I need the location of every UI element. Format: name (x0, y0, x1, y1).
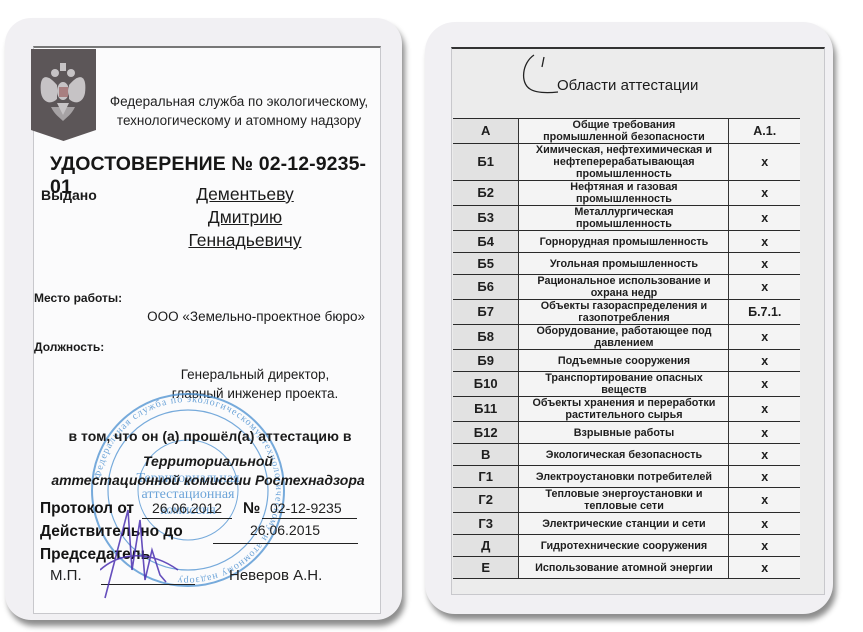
protocol-label: Протокол от (40, 500, 134, 518)
chairman-name: Неверов А.Н. (229, 567, 322, 584)
area-row: Б7Объекты газораспределения игазопотребл… (453, 300, 800, 325)
area-mark: x (729, 488, 800, 513)
area-mark: x (729, 557, 800, 579)
area-description-line: Объекты хранения и переработки (519, 397, 728, 409)
protocol-number: 02-12-9235 (270, 500, 342, 516)
area-code: Е (453, 557, 519, 579)
area-row: Б11Объекты хранения и переработкирастите… (453, 397, 800, 422)
area-description-line: Электрические станции и сети (519, 518, 728, 530)
agency-line-1: Федеральная служба по экологическому, (104, 92, 374, 111)
area-code: Б8 (453, 325, 519, 350)
area-description: Экологическая безопасность (519, 444, 729, 466)
area-code: Б4 (453, 231, 519, 253)
area-description-line: Рациональное использование и (519, 275, 728, 287)
area-description-line: Электроустановки потребителей (519, 471, 728, 483)
area-description: Электроустановки потребителей (519, 466, 729, 488)
valid-until-label: Действительно до (40, 523, 183, 541)
area-row: Б10Транспортирование опасныхвеществx (453, 372, 800, 397)
area-description-line: Нефтяная и газовая (519, 181, 728, 193)
area-mark: x (729, 422, 800, 444)
area-description-line: Тепловые энергоустановки и (519, 488, 728, 500)
area-row: Б12Взрывные работыx (453, 422, 800, 444)
valid-until-underline (213, 543, 358, 544)
area-description: Использование атомной энергии (519, 557, 729, 579)
area-description-line: охрана недр (519, 287, 728, 299)
area-description-line: Оборудование, работающее под (519, 325, 728, 337)
area-description: Нефтяная и газоваяпромышленность (519, 181, 729, 206)
area-description: Подъемные сооружения (519, 350, 729, 372)
chairman-label: Председатель (40, 546, 150, 564)
commission-line-1: Территориальной (38, 452, 378, 471)
area-code: Г3 (453, 513, 519, 535)
area-description-line: Транспортирование опасных (519, 372, 728, 384)
area-code: Г1 (453, 466, 519, 488)
area-row: Б9Подъемные сооруженияx (453, 350, 800, 372)
area-row: Б6Рациональное использование иохрана нед… (453, 275, 800, 300)
area-description: Электрические станции и сети (519, 513, 729, 535)
area-row: Г3Электрические станции и сетиx (453, 513, 800, 535)
attestation-areas-title: Области аттестации (557, 77, 698, 94)
area-description-line: Горнорудная промышленность (519, 236, 728, 248)
area-mark: x (729, 466, 800, 488)
protocol-date-underline (142, 518, 232, 519)
area-description: Тепловые энергоустановки итепловые сети (519, 488, 729, 513)
area-description-line: Подъемные сооружения (519, 355, 728, 367)
area-description-line: Общие требования (519, 119, 728, 131)
agency-line-2: технологическому и атомному надзору (104, 111, 374, 130)
area-code: Б12 (453, 422, 519, 444)
area-row: Г1Электроустановки потребителейx (453, 466, 800, 488)
holder-first-name: Дмитрию (160, 207, 330, 228)
area-mark: x (729, 275, 800, 300)
area-description-line: давлением (519, 337, 728, 349)
area-description: Химическая, нефтехимическая инефтеперера… (519, 144, 729, 181)
holder-patronymic: Геннадьевичу (160, 230, 330, 251)
area-description-line: промышленность (519, 218, 728, 230)
area-description-line: Металлургическая (519, 206, 728, 218)
area-code: Г2 (453, 488, 519, 513)
area-description: Объекты газораспределения игазопотреблен… (519, 300, 729, 325)
protocol-number-underline (262, 518, 357, 519)
area-row: ВЭкологическая безопасностьx (453, 444, 800, 466)
area-description-line: Объекты газораспределения и (519, 300, 728, 312)
area-mark: Б.7.1. (729, 300, 800, 325)
area-code: В (453, 444, 519, 466)
area-description-line: Угольная промышленность (519, 258, 728, 270)
area-description-line: промышленность (519, 193, 728, 205)
area-row: Б3Металлургическаяпромышленностьx (453, 206, 800, 231)
area-code: А (453, 119, 519, 144)
issued-to-label: Выдано (41, 187, 97, 203)
workplace-value: ООО «Земельно-проектное бюро» (130, 309, 365, 324)
area-description: Оборудование, работающее поддавлением (519, 325, 729, 350)
area-row: АОбщие требованияпромышленной безопаснос… (453, 119, 800, 144)
area-code: Б11 (453, 397, 519, 422)
area-description-line: промышленной безопасности (519, 131, 728, 143)
area-description: Общие требованияпромышленной безопасност… (519, 119, 729, 144)
area-row: Б2Нефтяная и газоваяпромышленностьx (453, 181, 800, 206)
area-code: Б7 (453, 300, 519, 325)
area-mark: x (729, 397, 800, 422)
workplace-label: Место работы: (34, 291, 122, 305)
area-description-line: Взрывные работы (519, 427, 728, 439)
area-description-line: тепловые сети (519, 500, 728, 512)
area-description: Металлургическаяпромышленность (519, 206, 729, 231)
area-description-line: Экологическая безопасность (519, 449, 728, 461)
area-description: Транспортирование опасныхвеществ (519, 372, 729, 397)
area-mark: x (729, 535, 800, 557)
commission-name: Территориальной аттестационной комиссии … (38, 452, 378, 490)
position-line-2: главный инженер проекта. (160, 384, 350, 403)
area-mark: x (729, 444, 800, 466)
area-description-line: Использование атомной энергии (519, 562, 728, 574)
area-row: Г2Тепловые энергоустановки итепловые сет… (453, 488, 800, 513)
area-row: Б1Химическая, нефтехимическая инефтепере… (453, 144, 800, 181)
area-mark: x (729, 181, 800, 206)
seal-label: М.П. (50, 567, 82, 584)
commission-line-2: аттестационной комиссии Ростехнадзора (38, 471, 378, 490)
area-mark: x (729, 350, 800, 372)
area-code: Б9 (453, 350, 519, 372)
area-description-line: промышленность (519, 168, 728, 180)
area-description-line: растительного сырья (519, 409, 728, 421)
holder-surname: Дементьеву (160, 184, 330, 205)
area-description: Угольная промышленность (519, 253, 729, 275)
protocol-number-label: № (243, 500, 260, 518)
area-code: Б5 (453, 253, 519, 275)
position-label: Должность: (34, 340, 104, 354)
area-code: Б1 (453, 144, 519, 181)
area-mark: x (729, 513, 800, 535)
area-mark: x (729, 253, 800, 275)
area-description: Горнорудная промышленность (519, 231, 729, 253)
area-row: ЕИспользование атомной энергииx (453, 557, 800, 579)
area-row: Б8Оборудование, работающее поддавлениемx (453, 325, 800, 350)
area-mark: x (729, 231, 800, 253)
area-description: Рациональное использование иохрана недр (519, 275, 729, 300)
area-code: Б3 (453, 206, 519, 231)
area-description-line: Химическая, нефтехимическая и (519, 144, 728, 156)
area-code: Д (453, 535, 519, 557)
issuing-agency: Федеральная служба по экологическому, те… (104, 92, 374, 130)
attestation-statement: в том, что он (а) прошёл(а) аттестацию в (40, 428, 380, 444)
area-code: Б2 (453, 181, 519, 206)
area-row: ДГидротехнические сооруженияx (453, 535, 800, 557)
area-description-line: газопотребления (519, 312, 728, 324)
position-line-1: Генеральный директор, (160, 365, 350, 384)
area-description: Объекты хранения и переработкирастительн… (519, 397, 729, 422)
area-description-line: веществ (519, 384, 728, 396)
area-code: Б6 (453, 275, 519, 300)
area-description: Взрывные работы (519, 422, 729, 444)
area-description-line: Гидротехнические сооружения (519, 540, 728, 552)
position-value: Генеральный директор, главный инженер пр… (160, 365, 350, 403)
russian-coat-of-arms-icon (31, 49, 96, 141)
area-row: Б4Горнорудная промышленностьx (453, 231, 800, 253)
area-description: Гидротехнические сооружения (519, 535, 729, 557)
attestation-areas-table: АОбщие требованияпромышленной безопаснос… (453, 118, 800, 579)
area-description-line: нефтеперерабатывающая (519, 156, 728, 168)
area-mark: x (729, 144, 800, 181)
area-row: Б5Угольная промышленностьx (453, 253, 800, 275)
area-mark: x (729, 372, 800, 397)
area-mark: x (729, 325, 800, 350)
area-mark: x (729, 206, 800, 231)
valid-until-date: 26.06.2015 (250, 522, 320, 538)
protocol-date: 26.06.2012 (152, 500, 222, 516)
area-code: Б10 (453, 372, 519, 397)
area-mark: А.1. (729, 119, 800, 144)
signature-underline (101, 584, 195, 585)
